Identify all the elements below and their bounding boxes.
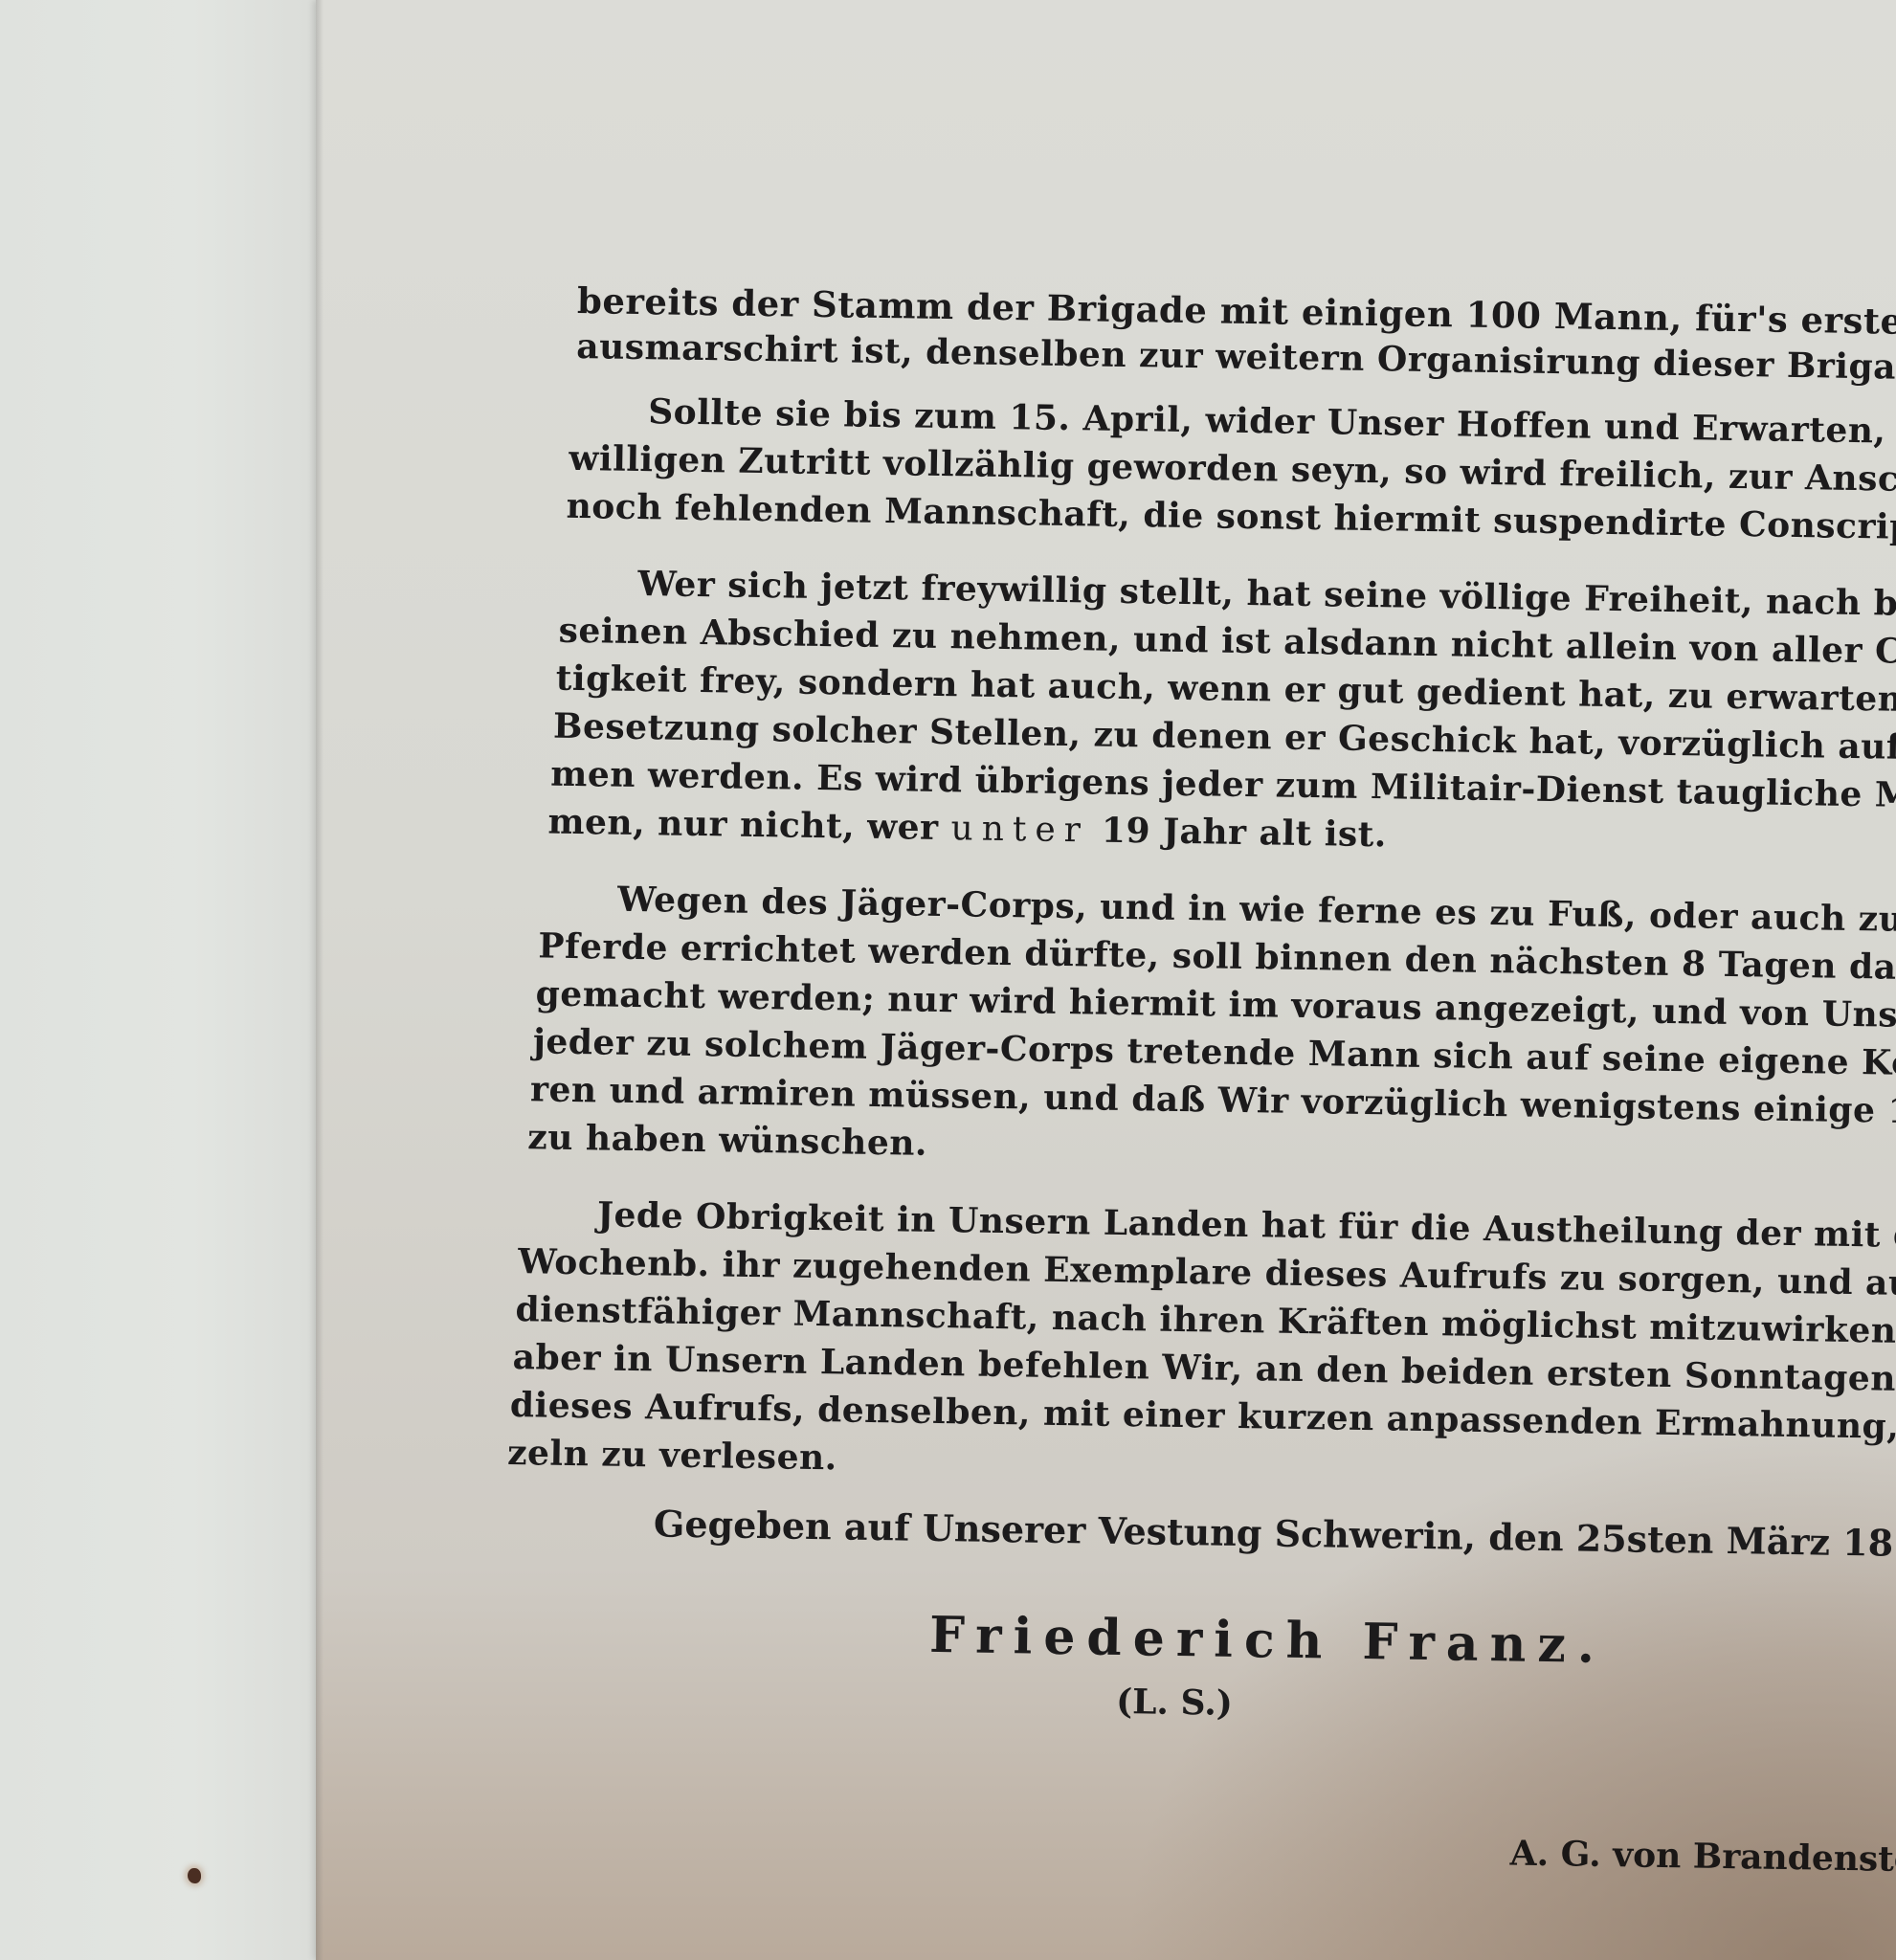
proclamation-body: bereits der Stamm der Brigade mit einige…: [582, 0, 1896, 24]
countersignature: A. G. von Brandenstein.: [1509, 1833, 1896, 1880]
underlying-page-edge: [0, 0, 321, 1960]
emphasized-word: unter: [950, 809, 1089, 850]
paper-stain: [188, 1868, 201, 1883]
dateline: Gegeben auf Unserer Vestung Schwerin, de…: [654, 1502, 1896, 1565]
text-line: zu haben wünschen.: [527, 1116, 927, 1165]
printed-page: bereits der Stamm der Brigade mit einige…: [316, 0, 1896, 1960]
signature: Friederich Franz.: [929, 1606, 1607, 1675]
text-line: men, nur nicht, wer unter 19 Jahr alt is…: [547, 801, 1387, 857]
document-photo: bereits der Stamm der Brigade mit einige…: [0, 0, 1896, 1960]
text-line: zeln zu verlesen.: [507, 1432, 837, 1479]
text-run: men, nur nicht, wer: [547, 802, 951, 849]
seal-mark: (L. S.): [1116, 1682, 1233, 1724]
text-run: 19 Jahr alt ist.: [1089, 810, 1388, 855]
